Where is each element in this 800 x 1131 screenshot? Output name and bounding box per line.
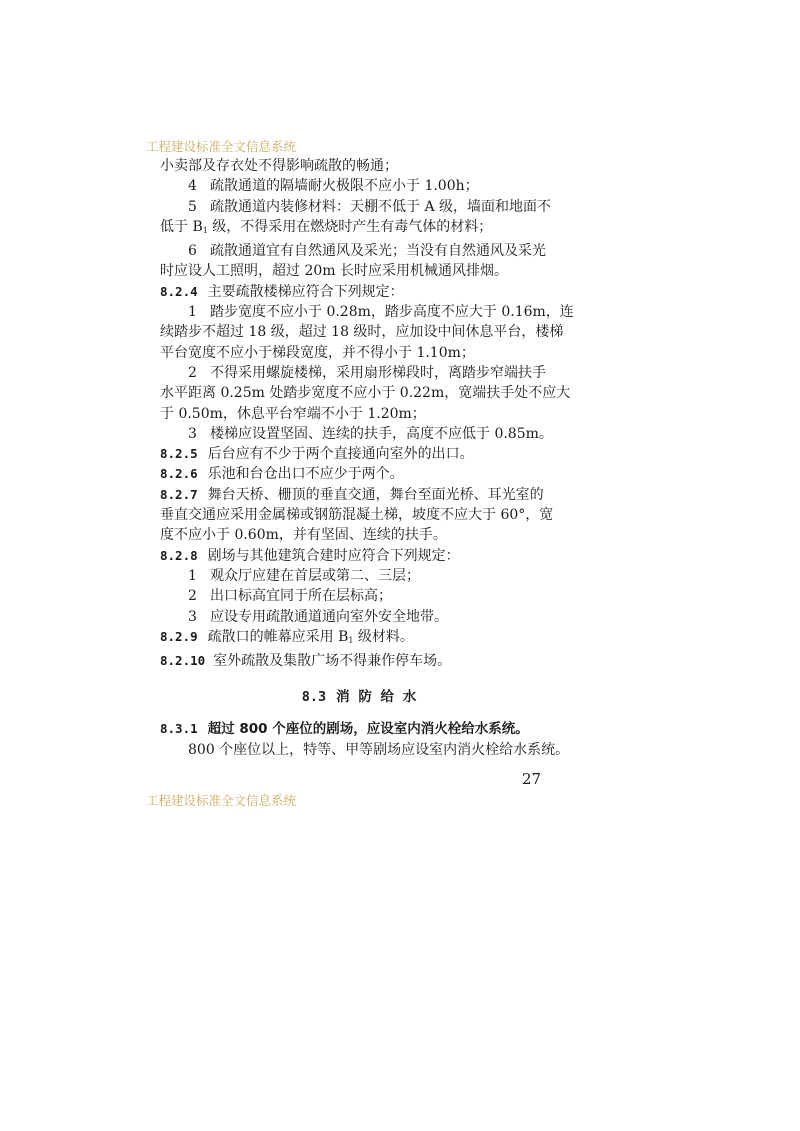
clause-number: 8.2.5 bbox=[160, 444, 198, 464]
text-fragment: 低于 B bbox=[160, 219, 203, 235]
item-number: 5 bbox=[188, 197, 210, 217]
item-number: 3 bbox=[188, 607, 210, 627]
clause-number: 8.2.8 bbox=[160, 546, 198, 566]
item-number: 2 bbox=[188, 363, 210, 383]
item-text: 疏散通道的隔墙耐火极限不应小于 1.00h； bbox=[210, 178, 479, 194]
page-number: 27 bbox=[522, 770, 541, 788]
watermark-top: 工程建设标准全文信息系统 bbox=[146, 137, 296, 155]
clause-number: 8.3.1 bbox=[160, 719, 198, 739]
text-line: 垂直交通应采用金属梯或钢筋混凝土梯，坡度不应大于 60°，宽 bbox=[160, 505, 560, 525]
item-number: 3 bbox=[188, 424, 210, 444]
text-line: 度不应小于 0.60m，并有坚固、连续的扶手。 bbox=[160, 525, 560, 545]
list-item: 2出口标高宜同于所在层标高； bbox=[160, 586, 560, 606]
clause-8-2-4: 8.2.4主要疏散楼梯应符合下列规定： bbox=[160, 282, 560, 302]
item-number: 4 bbox=[188, 176, 210, 196]
clause-text: 超过 800 个座位的剧场，应设室内消火栓给水系统。 bbox=[208, 721, 529, 737]
clause-text: 乐池和台仓出口不应少于两个。 bbox=[208, 466, 404, 482]
section-heading: 8.3消 防 给 水 bbox=[160, 685, 560, 705]
item-number: 6 bbox=[188, 241, 210, 261]
clause-text: 剧场与其他建筑合建时应符合下列规定： bbox=[208, 548, 460, 564]
clause-number: 8.2.7 bbox=[160, 485, 198, 505]
list-item: 3楼梯应设置坚固、连续的扶手，高度不应低于 0.85m。 bbox=[160, 424, 560, 444]
item-text: 不得采用螺旋楼梯，采用扇形梯段时，离踏步窄端扶手 bbox=[210, 365, 546, 381]
item-text: 楼梯应设置坚固、连续的扶手，高度不应低于 0.85m。 bbox=[210, 426, 553, 442]
list-item: 1观众厅应建在首层或第二、三层； bbox=[160, 566, 560, 586]
text-line: 续踏步不超过 18 级，超过 18 级时，应加设中间休息平台，楼梯 bbox=[160, 322, 560, 342]
clause-number: 8.2.6 bbox=[160, 464, 198, 484]
list-item: 6疏散通道宜有自然通风及采光；当没有自然通风及采光 bbox=[160, 241, 560, 261]
item-text: 观众厅应建在首层或第二、三层； bbox=[210, 568, 420, 584]
clause-8-2-9: 8.2.9疏散口的帷幕应采用 B1 级材料。 bbox=[160, 627, 560, 651]
clause-8-2-5: 8.2.5后台应有不少于两个直接通向室外的出口。 bbox=[160, 444, 560, 464]
clause-explanation: 800 个座位以上，特等、甲等剧场应设室内消火栓给水系统。 bbox=[160, 740, 560, 760]
clause-number: 8.2.4 bbox=[160, 282, 198, 302]
list-item: 4疏散通道的隔墙耐火极限不应小于 1.00h； bbox=[160, 176, 560, 196]
item-number: 2 bbox=[188, 586, 210, 606]
list-item: 2不得采用螺旋楼梯，采用扇形梯段时，离踏步窄端扶手 bbox=[160, 363, 560, 383]
text-line: 时应设人工照明，超过 20m 长时应采用机械通风排烟。 bbox=[160, 261, 560, 281]
text-line: 低于 B1 级，不得采用在燃烧时产生有毒气体的材料； bbox=[160, 217, 560, 241]
item-number: 1 bbox=[188, 302, 210, 322]
text-line: 水平距离 0.25m 处踏步宽度不应小于 0.22m，宽端扶手处不应大 bbox=[160, 383, 560, 403]
list-item: 3应设专用疏散通道通向室外安全地带。 bbox=[160, 607, 560, 627]
clause-text: 后台应有不少于两个直接通向室外的出口。 bbox=[208, 446, 474, 462]
clause-8-2-8: 8.2.8剧场与其他建筑合建时应符合下列规定： bbox=[160, 546, 560, 566]
clause-8-2-7: 8.2.7舞台天桥、栅顶的垂直交通，舞台至面光桥、耳光室的 bbox=[160, 485, 560, 505]
text-fragment: 疏散口的帷幕应采用 B bbox=[208, 629, 349, 645]
item-text: 疏散通道宜有自然通风及采光；当没有自然通风及采光 bbox=[210, 243, 546, 259]
clause-text: 主要疏散楼梯应符合下列规定： bbox=[208, 284, 404, 300]
text-line: 平台宽度不应小于梯段宽度，并不得小于 1.10m； bbox=[160, 343, 560, 363]
section-number: 8.3 bbox=[302, 689, 326, 705]
clause-text: 室外疏散及集散广场不得兼作停车场。 bbox=[213, 653, 451, 669]
clause-8-2-6: 8.2.6乐池和台仓出口不应少于两个。 bbox=[160, 464, 560, 484]
item-text: 踏步宽度不应小于 0.28m，踏步高度不应大于 0.16m，连 bbox=[210, 304, 574, 320]
list-item: 5疏散通道内装修材料：天棚不低于 A 级，墙面和地面不 bbox=[160, 197, 560, 217]
text-line: 小卖部及存衣处不得影响疏散的畅通； bbox=[160, 156, 560, 176]
text-fragment: 级，不得采用在燃烧时产生有毒气体的材料； bbox=[208, 219, 492, 235]
clause-8-3-1: 8.3.1超过 800 个座位的剧场，应设室内消火栓给水系统。 bbox=[160, 719, 560, 739]
clause-number: 8.2.10 bbox=[160, 651, 205, 671]
item-text: 疏散通道内装修材料：天棚不低于 A 级，墙面和地面不 bbox=[210, 199, 551, 215]
clause-text: 舞台天桥、栅顶的垂直交通，舞台至面光桥、耳光室的 bbox=[208, 487, 544, 503]
list-item: 1踏步宽度不应小于 0.28m，踏步高度不应大于 0.16m，连 bbox=[160, 302, 560, 322]
item-number: 1 bbox=[188, 566, 210, 586]
item-text: 应设专用疏散通道通向室外安全地带。 bbox=[210, 609, 448, 625]
watermark-bottom: 工程建设标准全文信息系统 bbox=[146, 791, 296, 809]
document-page: 小卖部及存衣处不得影响疏散的畅通； 4疏散通道的隔墙耐火极限不应小于 1.00h… bbox=[160, 156, 560, 760]
section-title: 消 防 给 水 bbox=[336, 689, 418, 705]
item-text: 出口标高宜同于所在层标高； bbox=[210, 588, 392, 604]
text-line: 于 0.50m，休息平台窄端不小于 1.20m； bbox=[160, 404, 560, 424]
clause-number: 8.2.9 bbox=[160, 627, 198, 647]
clause-8-2-10: 8.2.10室外疏散及集散广场不得兼作停车场。 bbox=[160, 651, 560, 671]
text-fragment: 级材料。 bbox=[353, 629, 413, 645]
